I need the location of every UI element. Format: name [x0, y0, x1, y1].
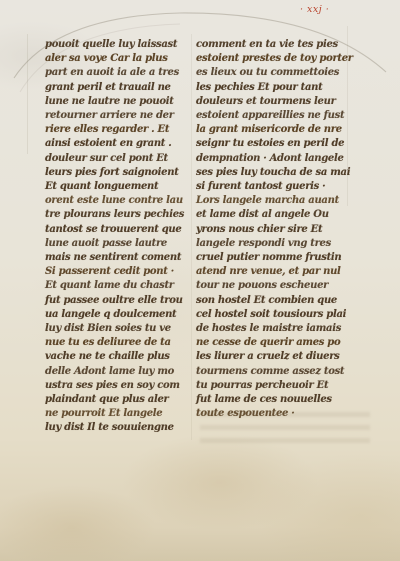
manuscript-text-line: nue tu es deliuree de ta — [45, 336, 187, 350]
manuscript-text-line: part en auoit ia ale a tres — [45, 66, 187, 80]
manuscript-text-line: ses pies luy toucha de sa mai — [196, 166, 346, 180]
manuscript-text-line: cruel putier nomme frustin — [196, 251, 346, 265]
manuscript-text-line: Lors langele marcha auant — [196, 194, 346, 208]
manuscript-text-line: ne pourroit Et langele — [45, 407, 187, 421]
manuscript-text-line: vache ne te chaille plus — [45, 350, 187, 364]
manuscript-text-line: es lieux ou tu commettoies — [196, 66, 346, 80]
manuscript-text-line: luy dist Il te souuiengne — [45, 421, 187, 435]
manuscript-text-line: douleurs et tourmens leur — [196, 95, 346, 109]
manuscript-text-line: tantost se trouuerent que — [45, 223, 187, 237]
manuscript-text-line: lune ne lautre ne pouoit — [45, 95, 187, 109]
manuscript-text-line: Et quant longuement — [45, 180, 187, 194]
manuscript-text-line: ustra ses pies en soy com — [45, 379, 187, 393]
folio-number: · xxj · — [300, 4, 329, 15]
manuscript-text-line: comment en ta vie tes pies — [196, 38, 346, 52]
manuscript-text-line: de hostes le maistre iamais — [196, 322, 346, 336]
manuscript-text-line: riere elles regarder . Et — [45, 123, 187, 137]
manuscript-text-line: tourmens comme assez tost — [196, 365, 346, 379]
manuscript-text-line: tour ne pouons escheuer — [196, 279, 346, 293]
manuscript-text-line: yrons nous chier sire Et — [196, 223, 346, 237]
manuscript-text-line: son hostel Et combien que — [196, 294, 346, 308]
manuscript-text-line: Et quant lame du chastr — [45, 279, 187, 293]
manuscript-text-line: tre plourans leurs pechies — [45, 208, 187, 222]
manuscript-text-line: estoient prestes de toy porter — [196, 52, 346, 66]
manuscript-text-line: douleur sur cel pont Et — [45, 152, 187, 166]
manuscript-text-line: ne cesse de querir ames po — [196, 336, 346, 350]
manuscript-text-line: langele respondi vng tres — [196, 237, 346, 251]
manuscript-text-line: la grant misericorde de nre — [196, 123, 346, 137]
manuscript-text-line: aler sa voye Car la plus — [45, 52, 187, 66]
manuscript-text-line: retourner arriere ne der — [45, 109, 187, 123]
manuscript-text-line: atend nre venue, et par nul — [196, 265, 346, 279]
manuscript-text-line: lune auoit passe lautre — [45, 237, 187, 251]
manuscript-text-line: les liurer a cruelz et diuers — [196, 350, 346, 364]
manuscript-text-line: seignr tu estoies en peril de — [196, 137, 346, 151]
manuscript-text-line: ainsi estoient en grant . — [45, 137, 187, 151]
manuscript-text-line: Si passerent cedit pont · — [45, 265, 187, 279]
manuscript-text-line: fut lame de ces nouuelles — [196, 393, 346, 407]
manuscript-text-line: pouoit quelle luy laissast — [45, 38, 187, 52]
manuscript-text-line: grant peril et trauail ne — [45, 81, 187, 95]
intercolumn-ruling — [191, 34, 192, 440]
left-margin-ruling — [27, 34, 28, 154]
manuscript-text-line: dempnation · Adont langele — [196, 152, 346, 166]
manuscript-text-line: plaindant que plus aler — [45, 393, 187, 407]
manuscript-text-line: cel hostel soit tousiours plai — [196, 308, 346, 322]
manuscript-text-line: fut passee oultre elle trou — [45, 294, 187, 308]
manuscript-text-line: et lame dist al angele Ou — [196, 208, 346, 222]
manuscript-text-line: estoient appareillies ne fust — [196, 109, 346, 123]
manuscript-text-line: les pechies Et pour tant — [196, 81, 346, 95]
manuscript-text-line: ua langele q doulcement — [45, 308, 187, 322]
manuscript-text-line: toute espouentee · — [196, 407, 346, 421]
manuscript-text-line: tu pourras percheuoir Et — [196, 379, 346, 393]
manuscript-text-line: delle Adont lame luy mo — [45, 365, 187, 379]
manuscript-text-line: leurs pies fort saignoient — [45, 166, 187, 180]
manuscript-text-line: si furent tantost gueris · — [196, 180, 346, 194]
text-column-right: comment en ta vie tes piesestoient prest… — [196, 38, 346, 421]
text-column-left: pouoit quelle luy laissastaler sa voye C… — [45, 38, 187, 436]
manuscript-page: · xxj · pouoit quelle luy laissastaler s… — [0, 0, 400, 561]
manuscript-text-line: orent este lune contre lau — [45, 194, 187, 208]
manuscript-text-line: mais ne sentirent coment — [45, 251, 187, 265]
manuscript-text-line: luy dist Bien soies tu ve — [45, 322, 187, 336]
